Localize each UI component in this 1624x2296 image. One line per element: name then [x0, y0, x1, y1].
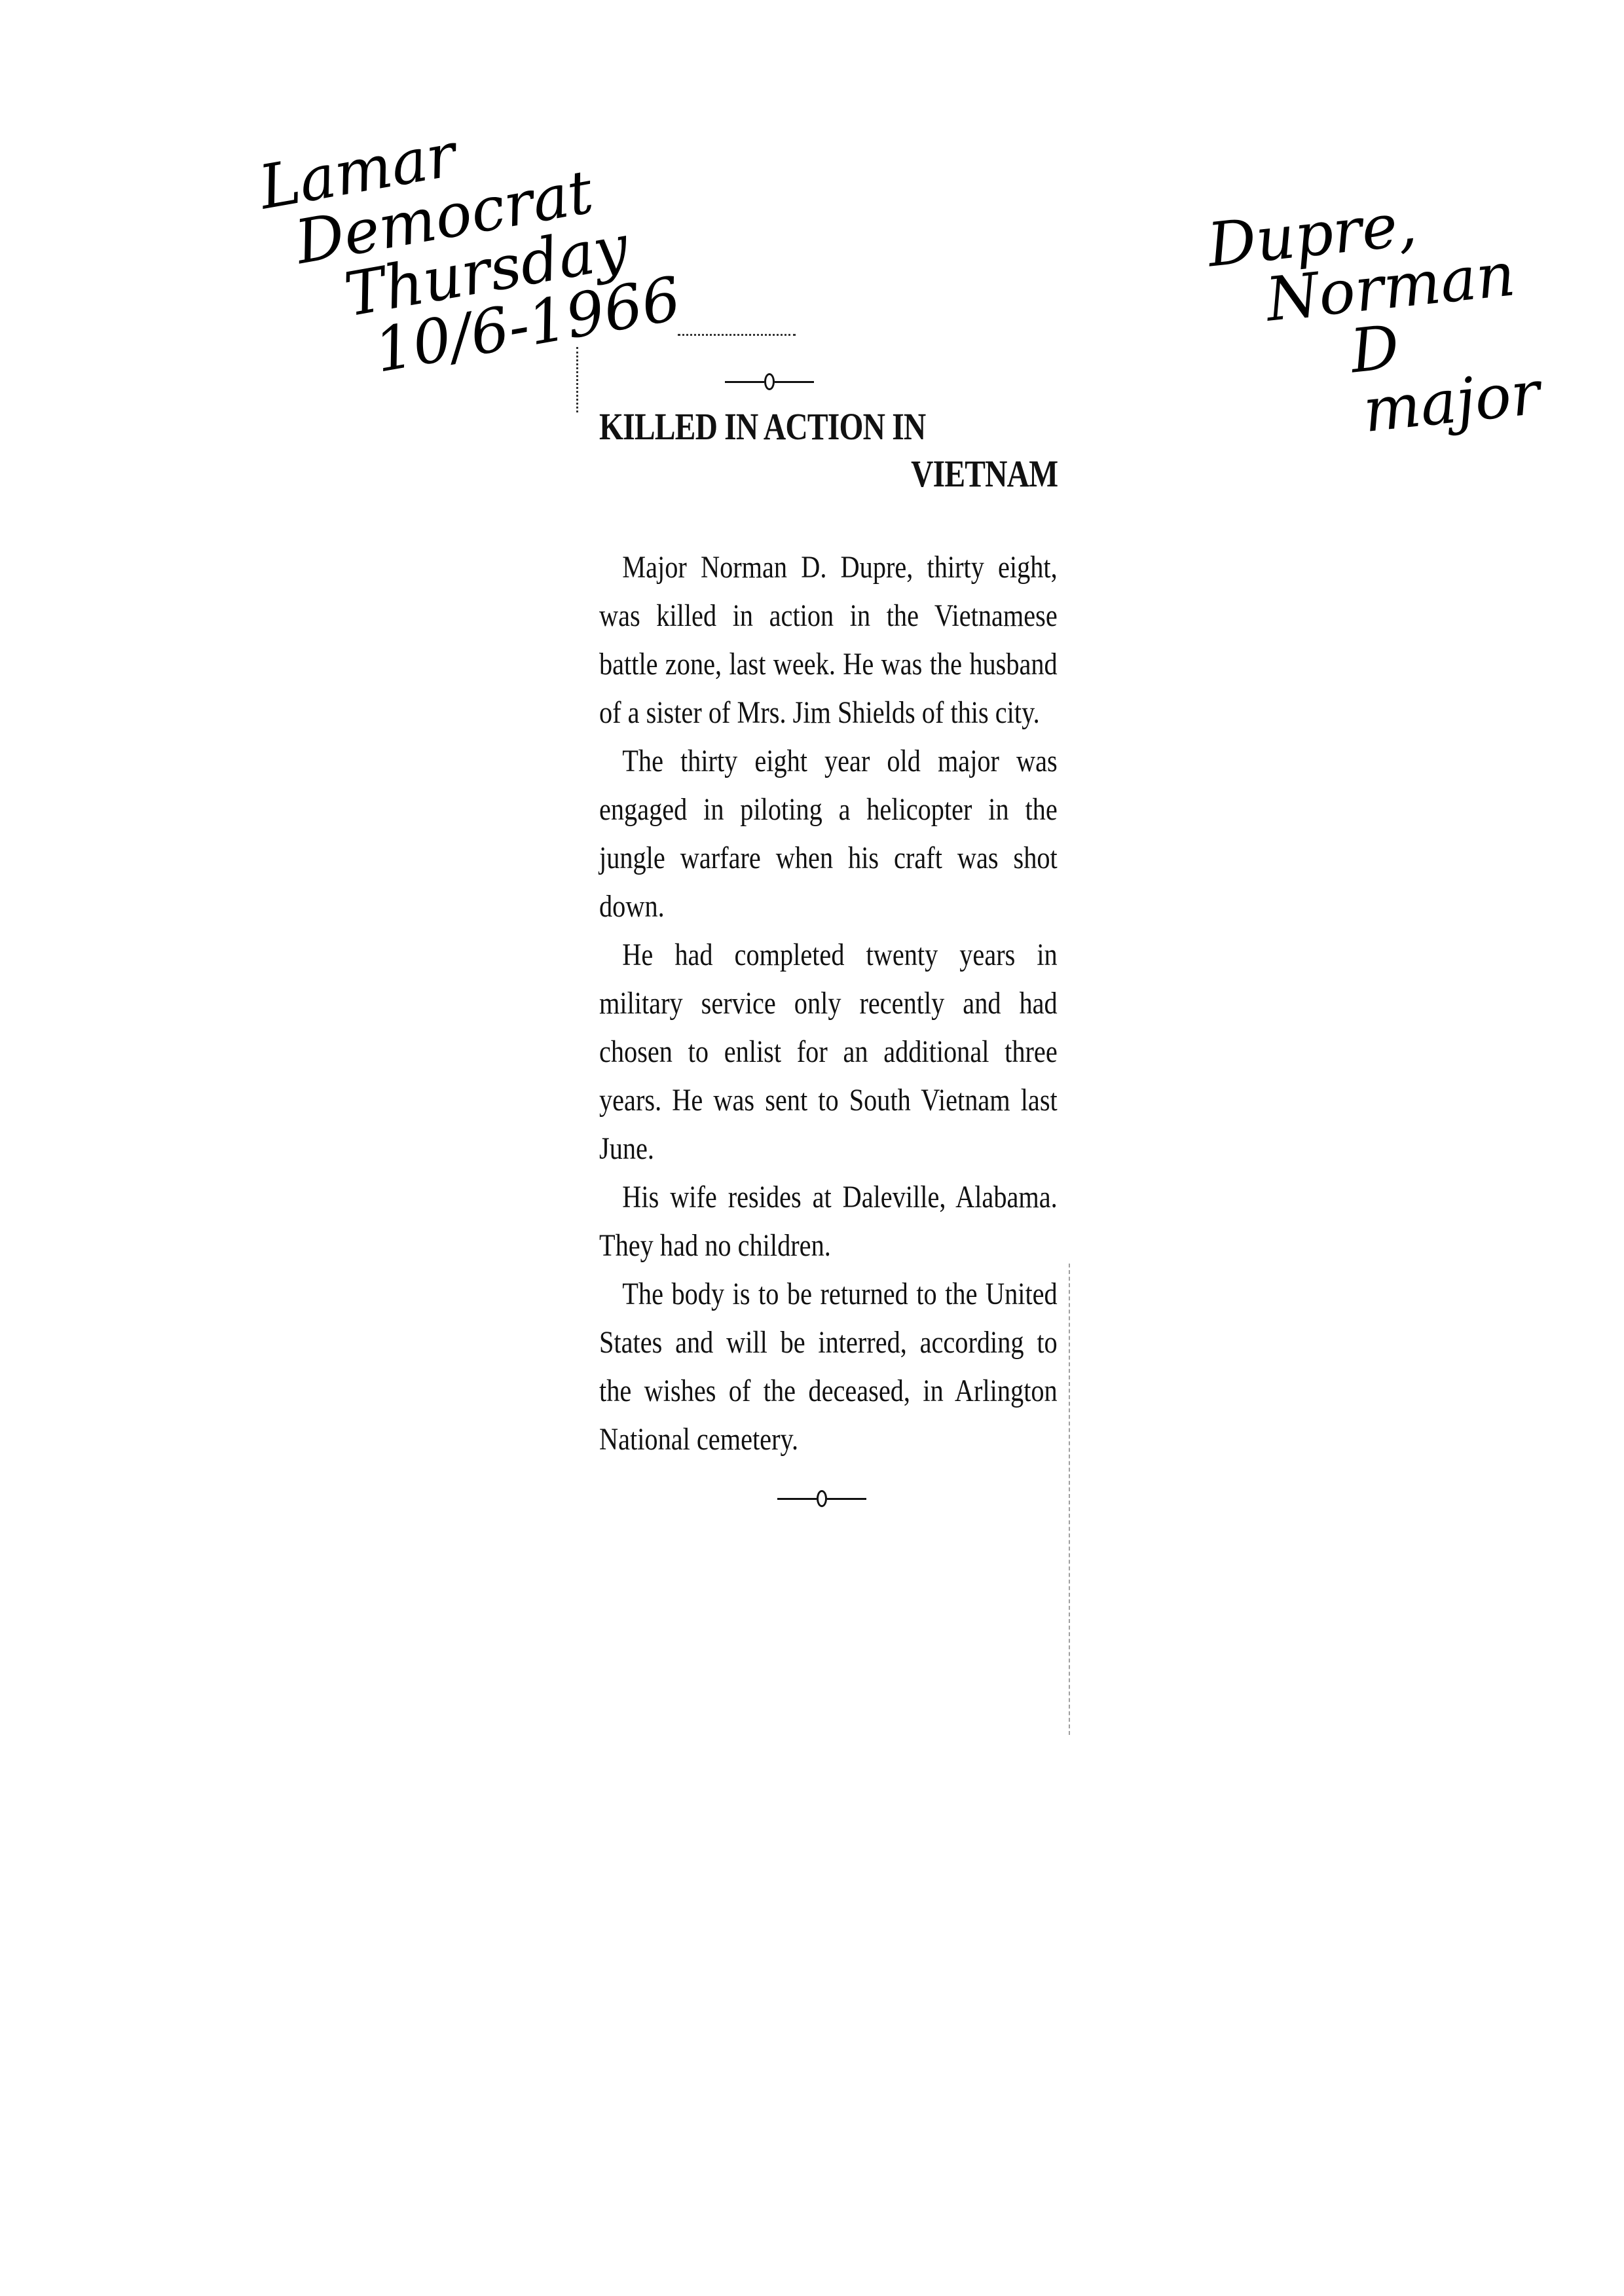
bottom-divider	[756, 1490, 887, 1507]
torn-edge-mark	[678, 334, 796, 338]
clipping-right-edge-marks	[1069, 1264, 1074, 1735]
paragraph: Major Norman D. Dupre, thirty eight, was…	[599, 543, 1058, 737]
paragraph: His wife resides at Daleville, Alabama. …	[599, 1173, 1058, 1270]
handwritten-subject-note: Dupre, Norman D major	[1205, 183, 1543, 456]
paragraph: The body is to be returned to the United…	[599, 1270, 1058, 1464]
article-body: Major Norman D. Dupre, thirty eight, was…	[599, 543, 1058, 1464]
clipping-edge-marks	[576, 347, 581, 412]
headline-line-2: VIETNAM	[599, 450, 1058, 498]
paragraph: The thirty eight year old major was enga…	[599, 737, 1058, 931]
headline: KILLED IN ACTION IN VIETNAM	[599, 403, 975, 498]
note-rank: major	[1361, 363, 1543, 441]
newspaper-clipping: KILLED IN ACTION IN VIETNAM Major Norman…	[599, 340, 1058, 1507]
top-divider	[704, 373, 835, 390]
headline-line-1: KILLED IN ACTION IN	[599, 405, 925, 448]
paragraph: He had completed twenty years in militar…	[599, 931, 1058, 1173]
